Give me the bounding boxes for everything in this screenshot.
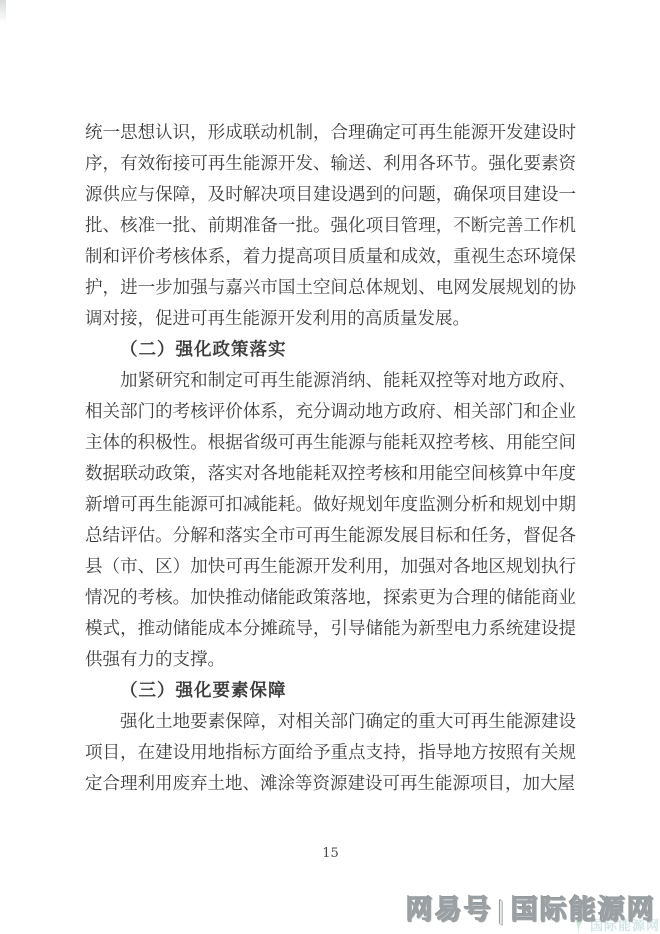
scan-edge-artifact: [0, 0, 6, 22]
brand-left: 网易号: [406, 895, 493, 926]
section-heading-2: （二）强化政策落实: [85, 335, 576, 366]
document-page: 统一思想认识，形成联动机制，合理确定可再生能源开发建设时序，有效衔接可再生能源开…: [0, 0, 660, 934]
paragraph-policy-implementation: 加紧研究和制定可再生能源消纳、能耗双控等对地方政府、相关部门的考核评价体系，充分…: [85, 366, 576, 676]
brand-right: 国际能源网: [511, 895, 656, 926]
paragraph-element-guarantee: 强化土地要素保障，对相关部门确定的重大可再生能源建设项目，在建设用地指标方面给予…: [85, 707, 576, 800]
brand-watermark: 网易号|国际能源网: [406, 888, 656, 927]
paragraph-continuation: 统一思想认识，形成联动机制，合理确定可再生能源开发建设时序，有效衔接可再生能源开…: [85, 118, 576, 335]
document-screenshot: { "document": { "blocks": [ { "type": "p…: [0, 0, 660, 934]
page-number: 15: [85, 846, 576, 861]
brand-divider: |: [493, 897, 511, 925]
page-body: 统一思想认识，形成联动机制，合理确定可再生能源开发建设时序，有效衔接可再生能源开…: [85, 118, 576, 800]
section-heading-3: （三）强化要素保障: [85, 676, 576, 707]
